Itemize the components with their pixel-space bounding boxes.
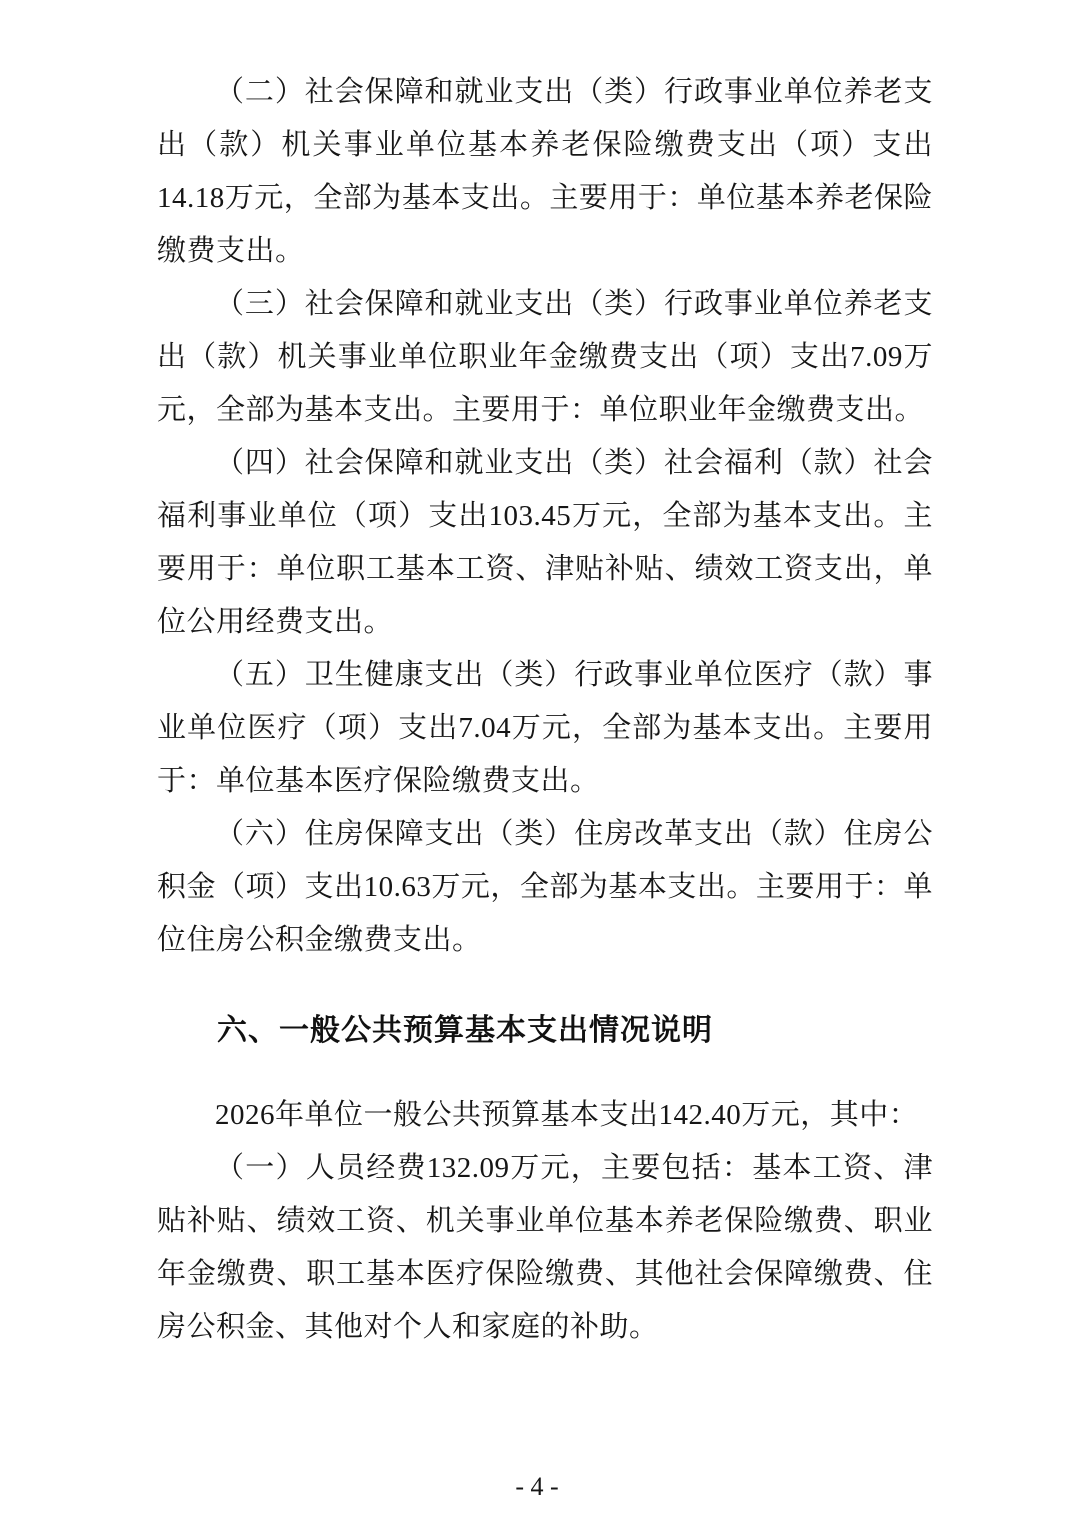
- document-body: （二）社会保障和就业支出（类）行政事业单位养老支出（款）机关事业单位基本养老保险…: [157, 66, 933, 1354]
- paragraph-housing-fund: （六）住房保障支出（类）住房改革支出（款）住房公积金（项）支出10.63万元，全…: [157, 808, 933, 967]
- paragraph-annuity-contribution: （三）社会保障和就业支出（类）行政事业单位养老支出（款）机关事业单位职业年金缴费…: [157, 278, 933, 437]
- paragraph-pension-contribution: （二）社会保障和就业支出（类）行政事业单位养老支出（款）机关事业单位基本养老保险…: [157, 66, 933, 278]
- paragraph-basic-expenditure-total: 2026年单位一般公共预算基本支出142.40万元，其中：: [157, 1089, 933, 1142]
- paragraph-health-expenditure: （五）卫生健康支出（类）行政事业单位医疗（款）事业单位医疗（项）支出7.04万元…: [157, 649, 933, 808]
- document-page: （二）社会保障和就业支出（类）行政事业单位养老支出（款）机关事业单位基本养老保险…: [0, 0, 1074, 1520]
- paragraph-social-welfare: （四）社会保障和就业支出（类）社会福利（款）社会福利事业单位（项）支出103.4…: [157, 437, 933, 649]
- section-heading-basic-expenditure: 六、一般公共预算基本支出情况说明: [157, 1009, 933, 1053]
- paragraph-personnel-expenses: （一）人员经费132.09万元，主要包括：基本工资、津贴补贴、绩效工资、机关事业…: [157, 1142, 933, 1354]
- page-number: - 4 -: [0, 1472, 1074, 1502]
